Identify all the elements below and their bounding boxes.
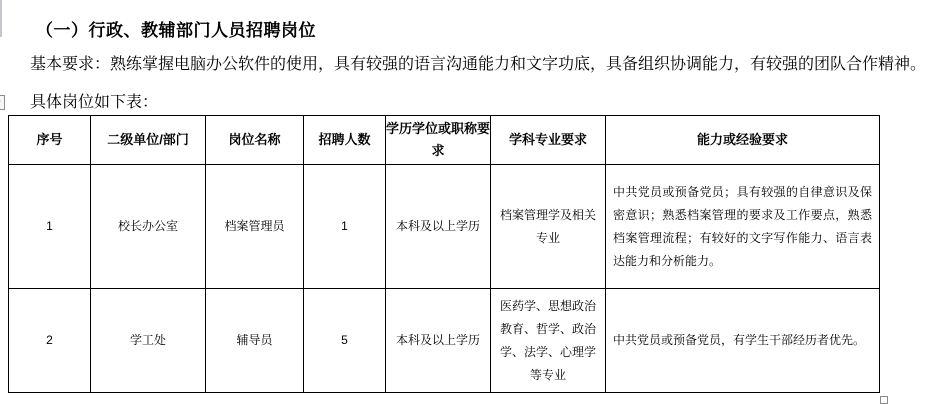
cell-seq: 1 bbox=[9, 165, 91, 289]
cell-unit: 学工处 bbox=[91, 289, 206, 393]
header-cell-degree: 学历学位或职称要求 bbox=[386, 116, 491, 165]
cell-major: 医药学、思想政治教育、哲学、政治学、法学、心理学等专业 bbox=[491, 289, 606, 393]
cell-requirements: 中共党员或预备党员，有学生干部经历者优先。 bbox=[606, 289, 880, 393]
header-cell-seq: 序号 bbox=[9, 116, 91, 165]
cell-post: 辅导员 bbox=[206, 289, 304, 393]
table-move-handle-icon[interactable]: + bbox=[0, 95, 5, 110]
page-edge-line bbox=[0, 0, 2, 37]
header-cell-ability: 能力或经验要求 bbox=[606, 116, 880, 165]
header-cell-count: 招聘人数 bbox=[304, 116, 386, 165]
table-header-row: 序号 二级单位/部门 岗位名称 招聘人数 学历学位或职称要求 学科专业要求 能力… bbox=[9, 116, 880, 165]
table-row: 1 校长办公室 档案管理员 1 本科及以上学历 档案管理学及相关专业 中共党员或… bbox=[9, 165, 880, 289]
table-lead-paragraph: 具体岗位如下表： bbox=[30, 89, 158, 112]
header-cell-major: 学科专业要求 bbox=[491, 116, 606, 165]
basic-requirements-paragraph: 基本要求：熟练掌握电脑办公软件的使用，具有较强的语言沟通能力和文字功底，具备组织… bbox=[30, 51, 926, 74]
cell-count: 5 bbox=[304, 289, 386, 393]
recruitment-table: 序号 二级单位/部门 岗位名称 招聘人数 学历学位或职称要求 学科专业要求 能力… bbox=[8, 115, 880, 393]
header-cell-post: 岗位名称 bbox=[206, 116, 304, 165]
cell-major: 档案管理学及相关专业 bbox=[491, 165, 606, 289]
cell-degree: 本科及以上学历 bbox=[386, 165, 491, 289]
cell-degree: 本科及以上学历 bbox=[386, 289, 491, 393]
cell-count: 1 bbox=[304, 165, 386, 289]
document-page: （一）行政、教辅部门人员招聘岗位 基本要求：熟练掌握电脑办公软件的使用，具有较强… bbox=[0, 0, 938, 404]
cell-requirements: 中共党员或预备党员；具有较强的自律意识及保密意识；熟悉档案管理的要求及工作要点，… bbox=[606, 165, 880, 289]
table-row: 2 学工处 辅导员 5 本科及以上学历 医药学、思想政治教育、哲学、政治学、法学… bbox=[9, 289, 880, 393]
header-cell-unit: 二级单位/部门 bbox=[91, 116, 206, 165]
plus-icon: + bbox=[0, 96, 1, 108]
cell-post: 档案管理员 bbox=[206, 165, 304, 289]
table-resize-handle[interactable] bbox=[880, 396, 888, 404]
cell-seq: 2 bbox=[9, 289, 91, 393]
cell-unit: 校长办公室 bbox=[91, 165, 206, 289]
section-heading: （一）行政、教辅部门人员招聘岗位 bbox=[36, 16, 316, 41]
